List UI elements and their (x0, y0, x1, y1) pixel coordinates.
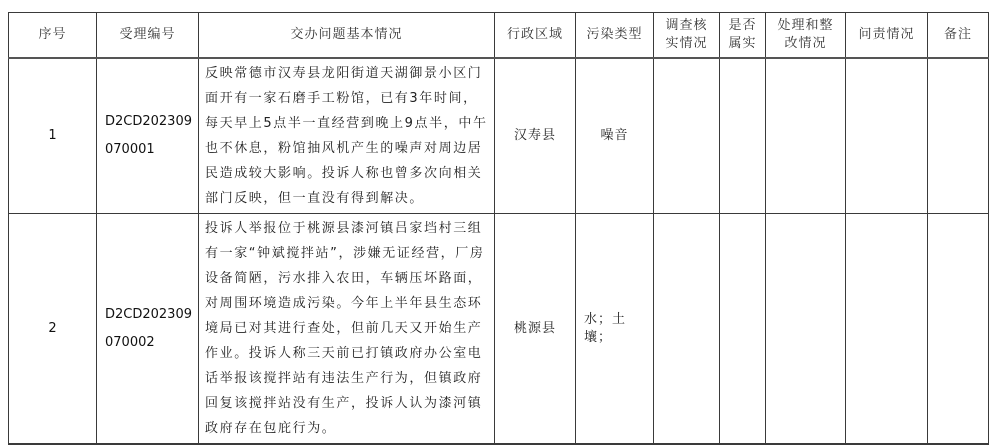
cell-verification (654, 58, 720, 214)
table-row: 2 D2CD202309070002 投诉人举报位于桃源县漆河镇吕家垱村三组有一… (9, 214, 989, 445)
header-seq: 序号 (9, 13, 97, 59)
cell-accountability (846, 58, 928, 214)
table-row: 1 D2CD202309070001 反映常德市汉寿县龙阳街道天湖御景小区门面开… (9, 58, 989, 214)
cell-remarks (928, 58, 989, 214)
cell-accountability (846, 214, 928, 445)
cell-pollution-type: 水；土壤； (576, 214, 654, 445)
cell-verification (654, 214, 720, 445)
cell-is-true (720, 58, 766, 214)
cell-region: 桃源县 (495, 214, 576, 445)
cell-seq: 2 (9, 214, 97, 445)
cell-case-no: D2CD202309070001 (97, 58, 199, 214)
cell-handling (766, 58, 846, 214)
header-is-true: 是否属实 (720, 13, 766, 59)
cell-seq: 1 (9, 58, 97, 214)
header-remarks: 备注 (928, 13, 989, 59)
cell-description: 投诉人举报位于桃源县漆河镇吕家垱村三组有一家“钟斌搅拌站”，涉嫌无证经营，厂房设… (199, 214, 495, 445)
header-description: 交办问题基本情况 (199, 13, 495, 59)
header-handling: 处理和整改情况 (766, 13, 846, 59)
cell-region: 汉寿县 (495, 58, 576, 214)
header-case-no: 受理编号 (97, 13, 199, 59)
header-verification: 调查核实情况 (654, 13, 720, 59)
header-pollution-type: 污染类型 (576, 13, 654, 59)
cell-handling (766, 214, 846, 445)
cell-remarks (928, 214, 989, 445)
header-region: 行政区域 (495, 13, 576, 59)
cell-pollution-type: 噪音 (576, 58, 654, 214)
cell-case-no: D2CD202309070002 (97, 214, 199, 445)
complaint-table-container: 序号 受理编号 交办问题基本情况 行政区域 污染类型 调查核实情况 是否属实 处… (8, 12, 989, 444)
header-accountability: 问责情况 (846, 13, 928, 59)
cell-is-true (720, 214, 766, 445)
complaint-table: 序号 受理编号 交办问题基本情况 行政区域 污染类型 调查核实情况 是否属实 处… (8, 12, 989, 444)
cell-description: 反映常德市汉寿县龙阳街道天湖御景小区门面开有一家石磨手工粉馆，已有3年时间，每天… (199, 58, 495, 214)
header-row: 序号 受理编号 交办问题基本情况 行政区域 污染类型 调查核实情况 是否属实 处… (9, 13, 989, 59)
